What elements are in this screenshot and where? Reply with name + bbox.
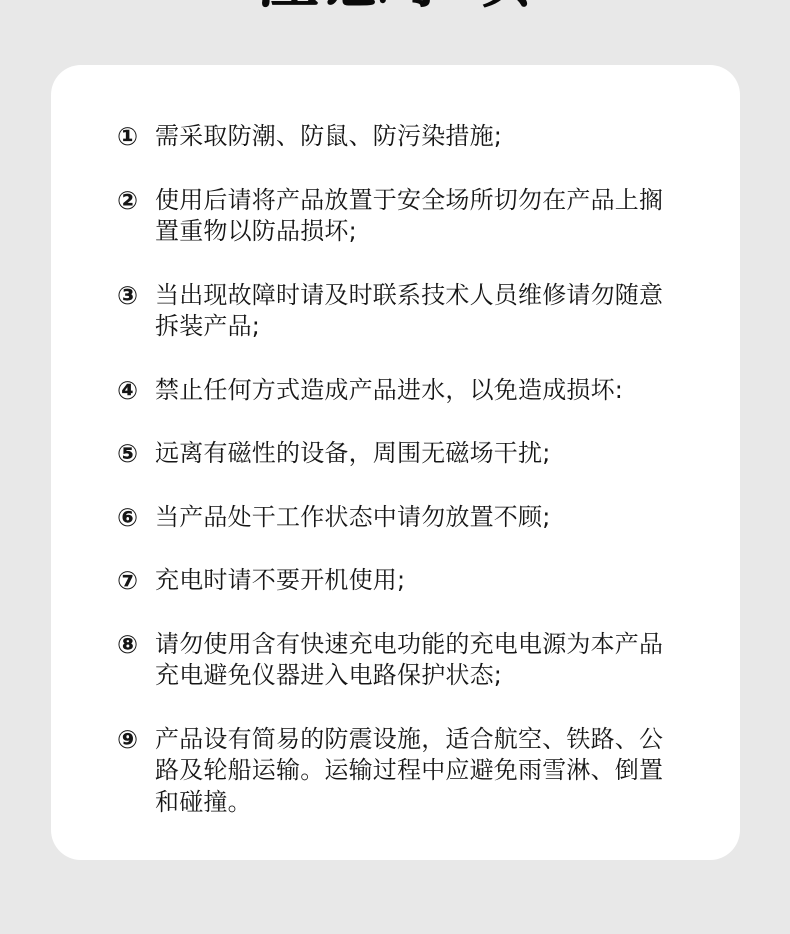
notice-text: 当出现故障时请及时联系技术人员维修请勿随意拆装产品; — [155, 280, 687, 343]
page-title: 注意事项 — [0, 0, 790, 12]
notice-item-6: ⑥ 当产品处干工作状态中请勿放置不顾; — [117, 502, 687, 534]
notice-text: 需采取防潮、防鼠、防污染措施; — [155, 121, 687, 153]
notice-text: 请勿使用含有快速充电功能的充电电源为本产品充电避免仪器进入电路保护状态; — [155, 629, 687, 692]
notice-text: 当产品处干工作状态中请勿放置不顾; — [155, 502, 687, 534]
notice-item-1: ① 需采取防潮、防鼠、防污染措施; — [117, 121, 687, 153]
circled-number-9-icon: ⑨ — [117, 724, 147, 756]
circled-number-2-icon: ② — [117, 185, 147, 217]
notice-text: 产品设有简易的防震设施，适合航空、铁路、公路及轮船运输。运输过程中应避免雨雪淋、… — [155, 724, 687, 819]
notice-text: 使用后请将产品放置于安全场所切勿在产品上搁置重物以防品损坏; — [155, 185, 687, 248]
notice-item-5: ⑤ 远离有磁性的设备，周围无磁场干扰; — [117, 438, 687, 470]
notice-item-4: ④ 禁止任何方式造成产品进水，以免造成损坏: — [117, 375, 687, 407]
notice-text: 远离有磁性的设备，周围无磁场干扰; — [155, 438, 687, 470]
circled-number-5-icon: ⑤ — [117, 438, 147, 470]
circled-number-8-icon: ⑧ — [117, 629, 147, 661]
notice-item-7: ⑦ 充电时请不要开机使用; — [117, 565, 687, 597]
notice-item-8: ⑧ 请勿使用含有快速充电功能的充电电源为本产品充电避免仪器进入电路保护状态; — [117, 629, 687, 692]
notice-item-2: ② 使用后请将产品放置于安全场所切勿在产品上搁置重物以防品损坏; — [117, 185, 687, 248]
notice-text: 禁止任何方式造成产品进水，以免造成损坏: — [155, 375, 687, 407]
notice-item-9: ⑨ 产品设有简易的防震设施，适合航空、铁路、公路及轮船运输。运输过程中应避免雨雪… — [117, 724, 687, 819]
circled-number-6-icon: ⑥ — [117, 502, 147, 534]
notice-text: 充电时请不要开机使用; — [155, 565, 687, 597]
notice-card: ① 需采取防潮、防鼠、防污染措施; ② 使用后请将产品放置于安全场所切勿在产品上… — [51, 65, 740, 860]
circled-number-1-icon: ① — [117, 121, 147, 153]
circled-number-3-icon: ③ — [117, 280, 147, 312]
circled-number-4-icon: ④ — [117, 375, 147, 407]
notice-item-3: ③ 当出现故障时请及时联系技术人员维修请勿随意拆装产品; — [117, 280, 687, 343]
notice-list: ① 需采取防潮、防鼠、防污染措施; ② 使用后请将产品放置于安全场所切勿在产品上… — [117, 121, 687, 818]
circled-number-7-icon: ⑦ — [117, 565, 147, 597]
